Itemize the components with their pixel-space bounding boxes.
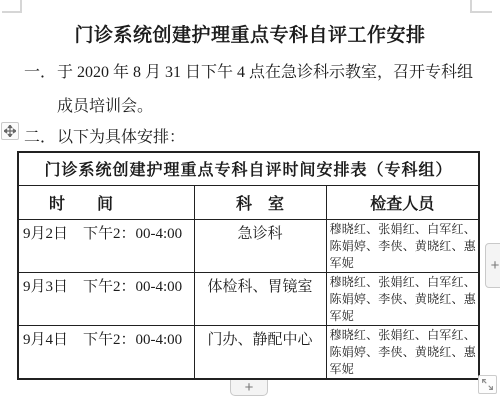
- paragraph-1-text: 于 2020 年 8 月 31 日下午 4 点在急诊科示教室，召开专科组成员培训…: [57, 64, 473, 115]
- row3-department-cell[interactable]: 门办、静配中心: [194, 325, 326, 379]
- row3-time-cell[interactable]: 9月4日 下午2：00-4:00: [18, 325, 194, 379]
- table-title-cell[interactable]: 门诊系统创建护理重点专科自评时间安排表（专科组）: [18, 152, 479, 185]
- row1-inspectors-cell[interactable]: 穆晓红、张娟红、白军红、陈娟婷、李侠、黄晓红、惠军妮: [326, 219, 479, 272]
- paragraph-2-text: 以下为具体安排：: [57, 129, 185, 146]
- row2-time-cell[interactable]: 9月3日 下午2：00-4:00: [18, 272, 194, 325]
- header-department[interactable]: 科 室: [194, 185, 326, 219]
- table-row: 9月4日 下午2：00-4:00 门办、静配中心 穆晓红、张娟红、白军红、陈娟婷…: [18, 325, 479, 379]
- add-row-plus-icon: +: [245, 380, 254, 395]
- row1-department-cell[interactable]: 急诊科: [194, 219, 326, 272]
- schedule-table: 门诊系统创建护理重点专科自评时间安排表（专科组） 时 间 科 室 检查人员 9月…: [17, 151, 480, 380]
- paragraph-2[interactable]: 二． 以下为具体安排：: [57, 121, 479, 155]
- page-title[interactable]: 门诊系统创建护理重点专科自评工作安排: [0, 20, 500, 47]
- margin-crop-mark-top-right: [470, 0, 492, 13]
- header-time[interactable]: 时 间: [18, 185, 194, 219]
- row2-department-cell[interactable]: 体检科、胃镜室: [194, 272, 326, 325]
- add-column-plus-icon: +: [491, 258, 500, 273]
- document-page: 门诊系统创建护理重点专科自评工作安排 一． 于 2020 年 8 月 31 日下…: [0, 0, 500, 410]
- table-resize-handle[interactable]: [478, 375, 497, 394]
- margin-crop-mark-top-left: [2, 0, 22, 13]
- table-title-row: 门诊系统创建护理重点专科自评时间安排表（专科组）: [18, 152, 479, 185]
- diagonal-resize-icon: [481, 378, 494, 391]
- add-column-button[interactable]: +: [485, 243, 500, 288]
- header-inspectors[interactable]: 检查人员: [326, 185, 479, 219]
- table-row: 9月2日 下午2：00-4:00 急诊科 穆晓红、张娟红、白军红、陈娟婷、李侠、…: [18, 219, 479, 272]
- row3-inspectors-cell[interactable]: 穆晓红、张娟红、白军红、陈娟婷、李侠、黄晓红、惠军妮: [326, 325, 479, 379]
- table-header-row: 时 间 科 室 检查人员: [18, 185, 479, 219]
- paragraph-1[interactable]: 一． 于 2020 年 8 月 31 日下午 4 点在急诊科示教室，召开专科组成…: [57, 56, 479, 124]
- row1-time-cell[interactable]: 9月2日 下午2：00-4:00: [18, 219, 194, 272]
- table-move-icon: [4, 125, 16, 137]
- table-row: 9月3日 下午2：00-4:00 体检科、胃镜室 穆晓红、张娟红、白军红、陈娟婷…: [18, 272, 479, 325]
- paragraph-2-number: 二．: [24, 121, 56, 155]
- table-move-handle[interactable]: [1, 122, 19, 140]
- row2-inspectors-cell[interactable]: 穆晓红、张娟红、白军红、陈娟婷、李侠、黄晓红、惠军妮: [326, 272, 479, 325]
- paragraph-1-number: 一．: [24, 56, 56, 90]
